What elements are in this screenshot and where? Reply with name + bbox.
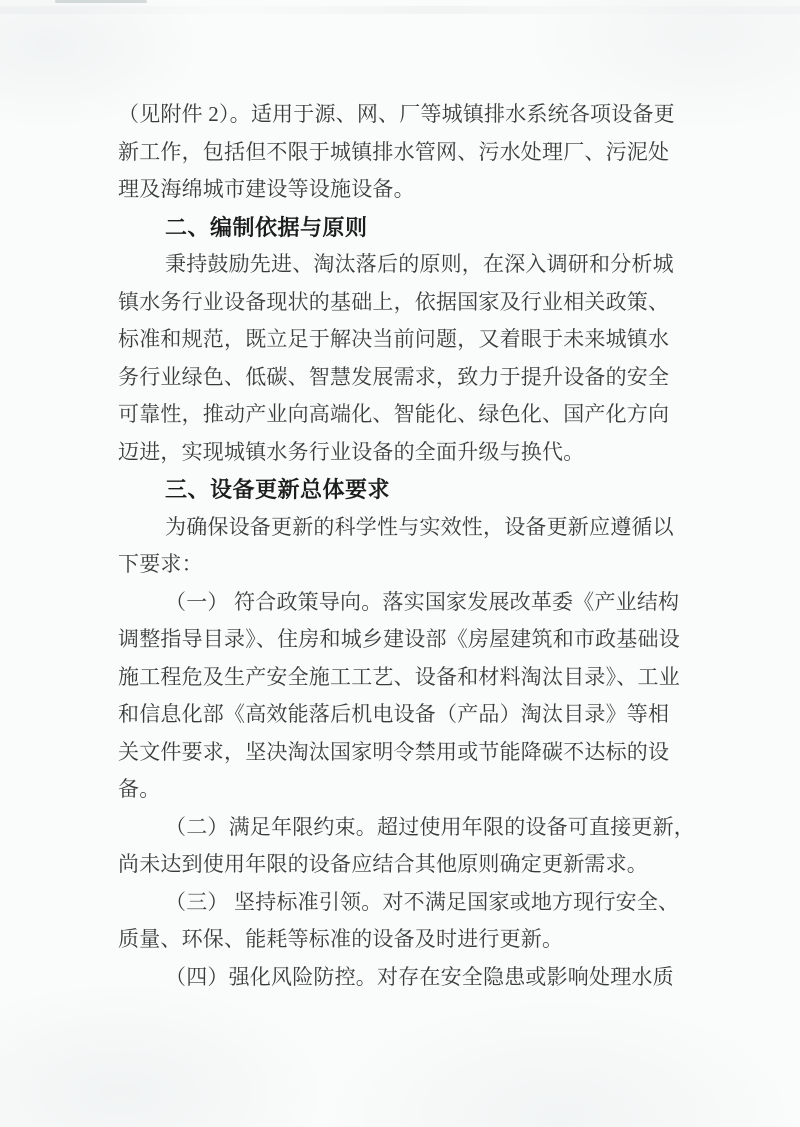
paragraph-item-3-standards: （三） 坚持标准引领。对不满足国家或地方现行安全、 质量、环保、能耗等标准的设备… xyxy=(118,884,690,959)
text-line: 理及海绵城市建设等设施设备。 xyxy=(118,171,690,209)
text-line: 尚未达到使用年限的设备应结合其他原则确定更新需求。 xyxy=(118,846,690,884)
document-page: （见附件 2）。适用于源、网、厂等城镇排水系统各项设备更 新工作，包括但不限于城… xyxy=(0,0,800,1127)
section-heading-2: 二、编制依据与原则 xyxy=(118,209,690,247)
text-line: 标准和规范，既立足于解决当前问题，又着眼于未来城镇水 xyxy=(118,321,690,359)
text-line: 为确保设备更新的科学性与实效性，设备更新应遵循以 xyxy=(118,509,690,547)
text-line: 秉持鼓励先进、淘汰落后的原则，在深入调研和分析城 xyxy=(118,246,690,284)
section-heading-3: 三、设备更新总体要求 xyxy=(118,471,690,509)
text-line: 调整指导目录》、住房和城乡建设部《房屋建筑和市政基础设 xyxy=(118,621,690,659)
text-line: 迈进，实现城镇水务行业设备的全面升级与换代。 xyxy=(118,434,690,472)
text-line: （见附件 2）。适用于源、网、厂等城镇排水系统各项设备更 xyxy=(118,96,690,134)
document-text: （见附件 2）。适用于源、网、厂等城镇排水系统各项设备更 新工作，包括但不限于城… xyxy=(118,96,690,996)
paragraph-item-4-risk-control: （四）强化风险防控。对存在安全隐患或影响处理水质 xyxy=(118,959,690,997)
section-heading: 二、编制依据与原则 xyxy=(118,209,690,247)
text-line: 下要求： xyxy=(118,546,690,584)
scan-artifact-top xyxy=(55,0,147,3)
text-line: （一） 符合政策导向。落实国家发展改革委《产业结构 xyxy=(118,584,690,622)
text-line: 施工程危及生产安全施工工艺、设备和材料淘汰目录》、工业 xyxy=(118,659,690,697)
scan-noise-band xyxy=(0,6,800,14)
text-line: 和信息化部《高效能落后机电设备（产品）淘汰目录》等相 xyxy=(118,696,690,734)
text-line: 关文件要求，坚决淘汰国家明令禁用或节能降碳不达标的设 xyxy=(118,734,690,772)
text-line: 务行业绿色、低碳、智慧发展需求，致力于提升设备的安全 xyxy=(118,359,690,397)
text-line: （三） 坚持标准引领。对不满足国家或地方现行安全、 xyxy=(118,884,690,922)
paragraph-item-1-policy-orientation: （一） 符合政策导向。落实国家发展改革委《产业结构 调整指导目录》、住房和城乡建… xyxy=(118,584,690,809)
text-line: 镇水务行业设备现状的基础上，依据国家及行业相关政策、 xyxy=(118,284,690,322)
text-line: （二）满足年限约束。超过使用年限的设备可直接更新， xyxy=(118,809,690,847)
paragraph-item-2-service-life: （二）满足年限约束。超过使用年限的设备可直接更新， 尚未达到使用年限的设备应结合… xyxy=(118,809,690,884)
text-line: 质量、环保、能耗等标准的设备及时进行更新。 xyxy=(118,921,690,959)
paragraph-principles: 秉持鼓励先进、淘汰落后的原则，在深入调研和分析城 镇水务行业设备现状的基础上，依… xyxy=(118,246,690,471)
text-line: （四）强化风险防控。对存在安全隐患或影响处理水质 xyxy=(118,959,690,997)
text-line: 新工作，包括但不限于城镇排水管网、污水处理厂、污泥处 xyxy=(118,134,690,172)
paragraph-overall-requirements-intro: 为确保设备更新的科学性与实效性，设备更新应遵循以 下要求： xyxy=(118,509,690,584)
section-heading: 三、设备更新总体要求 xyxy=(118,471,690,509)
text-line: 可靠性，推动产业向高端化、智能化、绿色化、国产化方向 xyxy=(118,396,690,434)
text-line: 备。 xyxy=(118,771,690,809)
paragraph-scope-continued: （见附件 2）。适用于源、网、厂等城镇排水系统各项设备更 新工作，包括但不限于城… xyxy=(118,96,690,209)
